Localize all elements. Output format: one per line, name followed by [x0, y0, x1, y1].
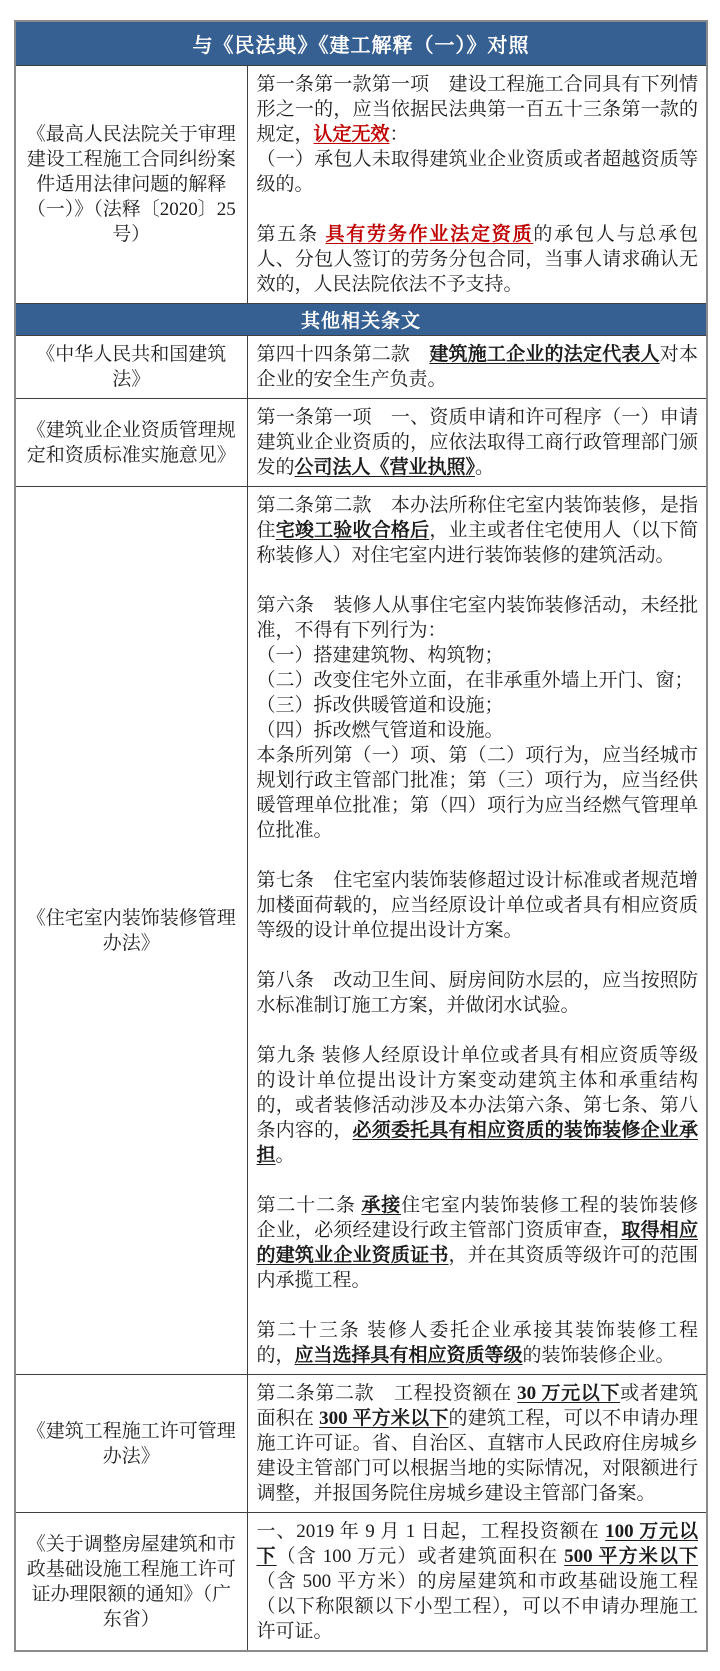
- law-title-cell: 《关于调整房屋建筑和市政基础设施工程施工许可证办理限额的通知》（广东省）: [15, 1513, 247, 1652]
- paragraph: 一、2019 年 9 月 1 日起，工程投资额在 100 万元以下（含 100 …: [257, 1519, 699, 1644]
- bold-underline-text: 宅竣工验收合格后: [276, 520, 430, 541]
- body-text: （一）搭建建筑物、构筑物；: [257, 645, 504, 666]
- paragraph: 第二条第二款 工程投资额在 30 万元以下或者建筑面积在 300 平方米以下的建…: [257, 1381, 699, 1506]
- law-title-cell: 《最高人民法院关于审理建设工程施工合同纠纷案件适用法律问题的解释（一）》（法释〔…: [15, 66, 247, 304]
- law-row: 《建筑业企业资质管理规定和资质标准实施意见》第一条第一项 一、资质申请和许可程序…: [15, 399, 707, 487]
- body-text: （含 500 平方米）的房屋建筑和市政基础设施工程（以下称限额以下小型工程），可…: [257, 1571, 699, 1642]
- law-row: 《住宅室内装饰装修管理办法》第二条第二款 本办法所称住宅室内装饰装修，是指住宅竣…: [15, 487, 707, 1375]
- red-emphasis-text: 具有劳务作业法定资质: [325, 224, 533, 245]
- body-text: 第二十二条: [257, 1195, 362, 1216]
- bold-underline-text: 应当选择具有相应资质等级: [295, 1345, 523, 1366]
- body-text: 第六条 装修人从事住宅室内装饰装修活动，未经批准，不得有下列行为：: [257, 595, 699, 641]
- law-row: 《建筑工程施工许可管理办法》第二条第二款 工程投资额在 30 万元以下或者建筑面…: [15, 1375, 707, 1513]
- paragraph: 第五条 具有劳务作业法定资质的承包人与总承包人、分包人签订的劳务分包合同，当事人…: [257, 222, 699, 297]
- red-emphasis-text: 认定无效: [314, 124, 390, 145]
- table-body: 与《民法典》《建工解释（一）》对照《最高人民法院关于审理建设工程施工合同纠纷案件…: [15, 21, 707, 1651]
- law-content-cell: 第一条第一款第一项 建设工程施工合同具有下列情形之一的，应当依据民法典第一百五十…: [247, 66, 707, 304]
- paragraph: 第二条第二款 本办法所称住宅室内装饰装修，是指住宅竣工验收合格后，业主或者住宅使…: [257, 493, 699, 568]
- law-content-cell: 第四十四条第二款 建筑施工企业的法定代表人对本企业的安全生产负责。: [247, 336, 707, 399]
- paragraph: （三）拆改供暖管道和设施；: [257, 693, 699, 718]
- paragraph: 第六条 装修人从事住宅室内装饰装修活动，未经批准，不得有下列行为：: [257, 593, 699, 643]
- paragraph: 第八条 改动卫生间、厨房间防水层的，应当按照防水标准制订施工方案，并做闭水试验。: [257, 968, 699, 1018]
- body-text: （一）承包人未取得建筑业企业资质或者超越资质等级的。: [257, 149, 699, 195]
- paragraph: （一）搭建建筑物、构筑物；: [257, 643, 699, 668]
- paragraph: （二）改变住宅外立面，在非承重外墙上开门、窗；: [257, 668, 699, 693]
- law-content-cell: 第一条第一项 一、资质申请和许可程序（一）申请建筑业企业资质的，应依法取得工商行…: [247, 399, 707, 487]
- law-comparison-table: 与《民法典》《建工解释（一）》对照《最高人民法院关于审理建设工程施工合同纠纷案件…: [14, 20, 708, 1652]
- body-text: 。: [276, 1145, 295, 1166]
- law-title-cell: 《中华人民共和国建筑法》: [15, 336, 247, 399]
- bold-underline-text: 300 平方米以下: [319, 1408, 448, 1429]
- section-header-row: 其他相关条文: [15, 304, 707, 336]
- body-text: （含 100 万元）或者建筑面积在: [277, 1546, 565, 1567]
- law-title-cell: 《住宅室内装饰装修管理办法》: [15, 487, 247, 1375]
- section-header-row: 与《民法典》《建工解释（一）》对照: [15, 21, 707, 66]
- law-content-cell: 第二条第二款 工程投资额在 30 万元以下或者建筑面积在 300 平方米以下的建…: [247, 1375, 707, 1513]
- paragraph: 第二十二条 承接住宅室内装饰装修工程的装饰装修企业，必须经建设行政主管部门资质审…: [257, 1193, 699, 1293]
- law-title-cell: 《建筑工程施工许可管理办法》: [15, 1375, 247, 1513]
- paragraph: 第一条第一项 一、资质申请和许可程序（一）申请建筑业企业资质的，应依法取得工商行…: [257, 405, 699, 480]
- law-row: 《最高人民法院关于审理建设工程施工合同纠纷案件适用法律问题的解释（一）》（法释〔…: [15, 66, 707, 304]
- body-text: 的装饰装修企业。: [523, 1345, 675, 1366]
- body-text: 。: [475, 457, 494, 478]
- bold-underline-text: 500 平方米以下: [564, 1546, 698, 1567]
- section-header-title: 其他相关条文: [15, 304, 707, 336]
- bold-underline-text: 30 万元以下: [517, 1383, 620, 1404]
- paragraph: 第七条 住宅室内装饰装修超过设计标准或者规范增加楼面荷载的，应当经原设计单位或者…: [257, 868, 699, 943]
- paragraph: 第二十三条 装修人委托企业承接其装饰装修工程的，应当选择具有相应资质等级的装饰装…: [257, 1318, 699, 1368]
- body-text: （二）改变住宅外立面，在非承重外墙上开门、窗；: [257, 670, 694, 691]
- section-header-title: 与《民法典》《建工解释（一）》对照: [15, 21, 707, 66]
- body-text: （三）拆改供暖管道和设施；: [257, 695, 504, 716]
- law-content-cell: 第二条第二款 本办法所称住宅室内装饰装修，是指住宅竣工验收合格后，业主或者住宅使…: [247, 487, 707, 1375]
- paragraph: 第九条 装修人经原设计单位或者具有相应资质等级的设计单位提出设计方案变动建筑主体…: [257, 1043, 699, 1168]
- document-page: 与《民法典》《建工解释（一）》对照《最高人民法院关于审理建设工程施工合同纠纷案件…: [0, 0, 720, 1671]
- body-text: 第四十四条第二款: [257, 344, 430, 365]
- body-text: 第七条 住宅室内装饰装修超过设计标准或者规范增加楼面荷载的，应当经原设计单位或者…: [257, 870, 699, 941]
- paragraph: 第四十四条第二款 建筑施工企业的法定代表人对本企业的安全生产负责。: [257, 342, 699, 392]
- law-title-cell: 《建筑业企业资质管理规定和资质标准实施意见》: [15, 399, 247, 487]
- body-text: 第五条: [257, 224, 326, 245]
- bold-underline-text: 建筑施工企业的法定代表人: [429, 344, 659, 365]
- law-row: 《关于调整房屋建筑和市政基础设施工程施工许可证办理限额的通知》（广东省）一、20…: [15, 1513, 707, 1652]
- paragraph: （四）拆改燃气管道和设施。: [257, 718, 699, 743]
- paragraph: （一）承包人未取得建筑业企业资质或者超越资质等级的。: [257, 147, 699, 197]
- bold-underline-text: 承接: [361, 1195, 401, 1216]
- body-text: 一、2019 年 9 月 1 日起，工程投资额在: [257, 1521, 606, 1542]
- body-text: （四）拆改燃气管道和设施。: [257, 720, 504, 741]
- law-content-cell: 一、2019 年 9 月 1 日起，工程投资额在 100 万元以下（含 100 …: [247, 1513, 707, 1652]
- body-text: 第八条 改动卫生间、厨房间防水层的，应当按照防水标准制订施工方案，并做闭水试验。: [257, 970, 699, 1016]
- paragraph: 第一条第一款第一项 建设工程施工合同具有下列情形之一的，应当依据民法典第一百五十…: [257, 72, 699, 147]
- body-text: 本条所列第（一）项、第（二）项行为，应当经城市规划行政主管部门批准；第（三）项行…: [257, 745, 699, 841]
- bold-underline-text: 公司法人《营业执照》: [295, 457, 476, 478]
- paragraph: 本条所列第（一）项、第（二）项行为，应当经城市规划行政主管部门批准；第（三）项行…: [257, 743, 699, 843]
- body-text: 第二条第二款 工程投资额在: [257, 1383, 518, 1404]
- body-text: ：: [390, 124, 409, 145]
- law-row: 《中华人民共和国建筑法》第四十四条第二款 建筑施工企业的法定代表人对本企业的安全…: [15, 336, 707, 399]
